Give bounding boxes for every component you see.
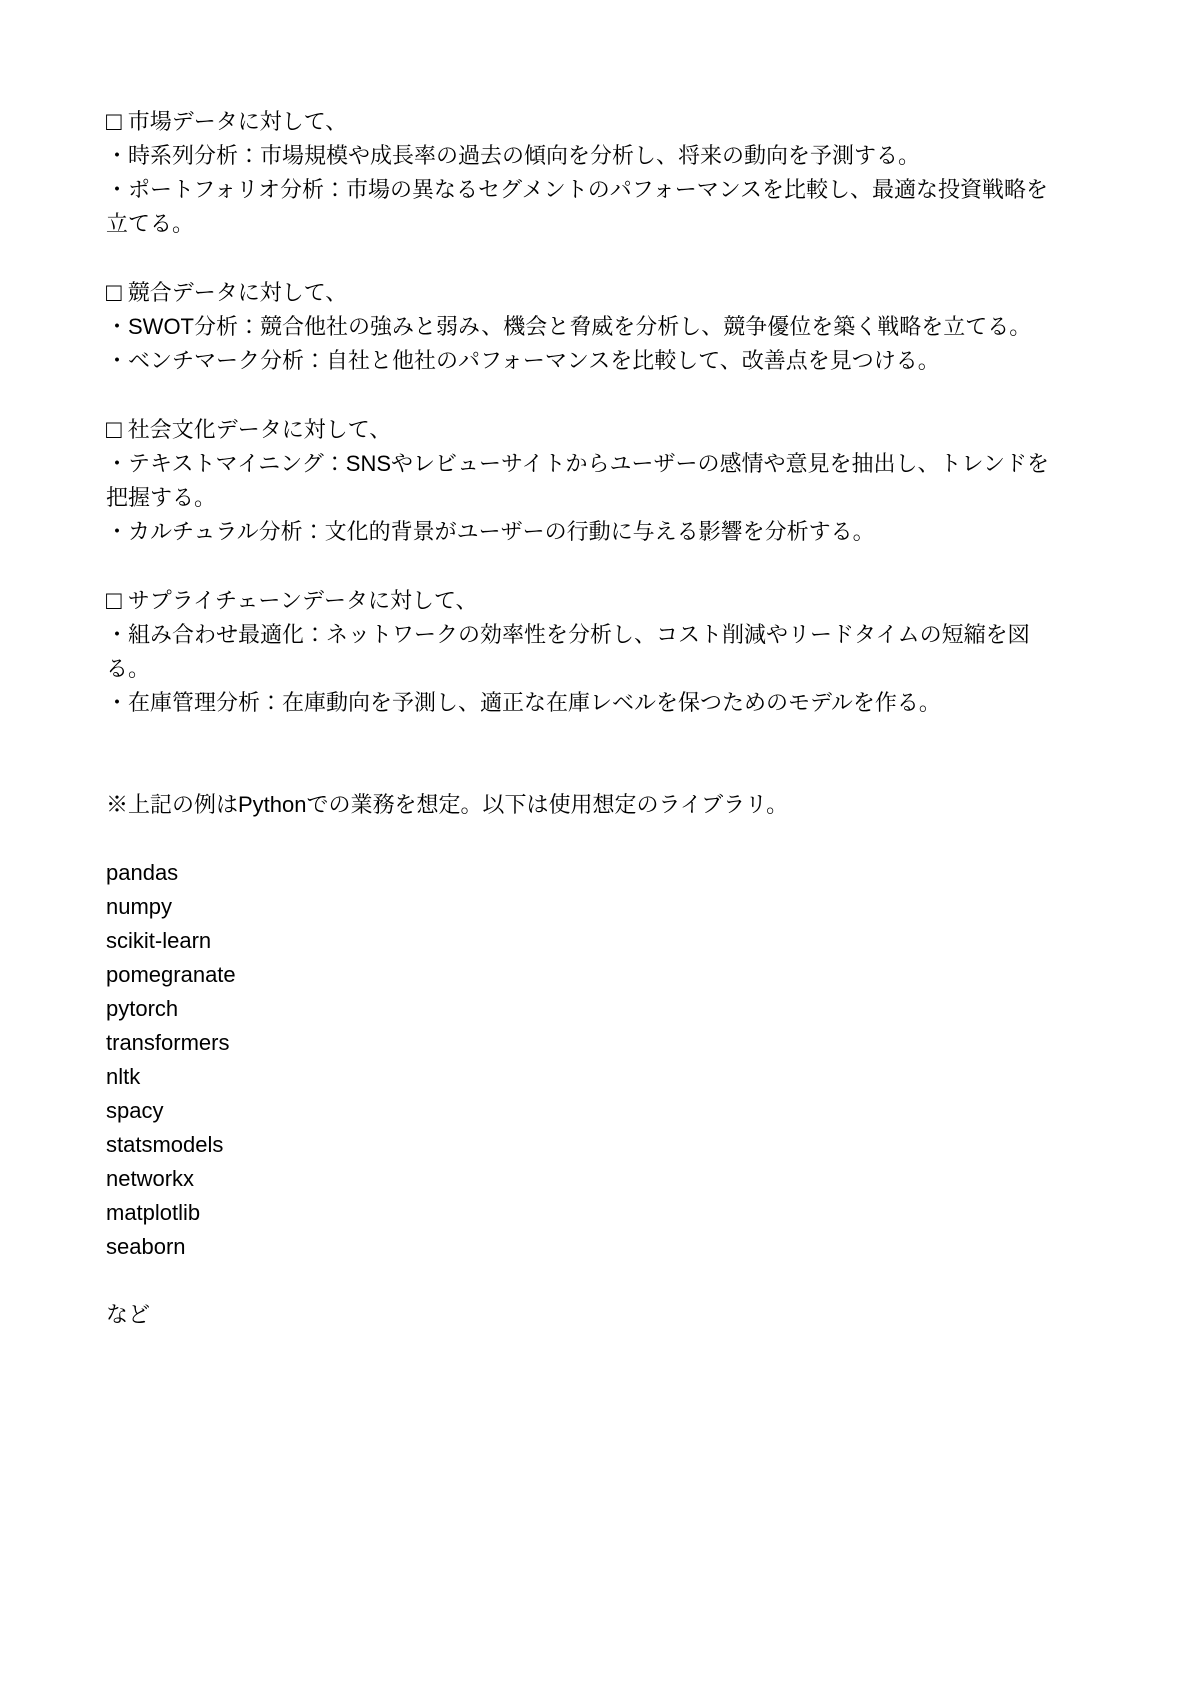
list-item: ・テキストマイニング：SNSやレビューサイトからユーザーの感情や意見を抽出し、ト… [106, 447, 1064, 515]
section-heading: □社会文化データに対して、 [106, 412, 1064, 447]
section-supplychain-data: □サプライチェーンデータに対して、 ・組み合わせ最適化：ネットワークの効率性を分… [106, 583, 1064, 720]
checkbox-icon: □ [106, 412, 122, 446]
library-item: numpy [106, 890, 1064, 924]
section-competitor-data: □競合データに対して、 ・SWOT分析：競合他社の強みと弱み、機会と脅威を分析し… [106, 275, 1064, 378]
section-heading-label: 社会文化データに対して、 [128, 417, 392, 442]
document-page: □市場データに対して、 ・時系列分析：市場規模や成長率の過去の傾向を分析し、将来… [0, 0, 1190, 1683]
library-item: pomegranate [106, 958, 1064, 992]
list-item: ・時系列分析：市場規模や成長率の過去の傾向を分析し、将来の動向を予測する。 [106, 139, 1064, 173]
library-item: seaborn [106, 1230, 1064, 1264]
list-item: ・カルチュラル分析：文化的背景がユーザーの行動に与える影響を分析する。 [106, 515, 1064, 549]
section-heading-label: 市場データに対して、 [128, 109, 348, 134]
section-heading: □サプライチェーンデータに対して、 [106, 583, 1064, 618]
list-item: ・ベンチマーク分析：自社と他社のパフォーマンスを比較して、改善点を見つける。 [106, 344, 1064, 378]
library-item: spacy [106, 1094, 1064, 1128]
library-list: pandas numpy scikit-learn pomegranate py… [106, 856, 1064, 1264]
list-item: ・組み合わせ最適化：ネットワークの効率性を分析し、コスト削減やリードタイムの短縮… [106, 618, 1064, 686]
section-heading-label: サプライチェーンデータに対して、 [128, 588, 478, 613]
list-item: ・在庫管理分析：在庫動向を予測し、適正な在庫レベルを保つためのモデルを作る。 [106, 686, 1064, 720]
library-item: pytorch [106, 992, 1064, 1026]
checkbox-icon: □ [106, 583, 122, 617]
footer-text: など [106, 1298, 1064, 1332]
checkbox-icon: □ [106, 275, 122, 309]
library-item: transformers [106, 1026, 1064, 1060]
list-item: ・SWOT分析：競合他社の強みと弱み、機会と脅威を分析し、競争優位を築く戦略を立… [106, 310, 1064, 344]
section-heading: □市場データに対して、 [106, 104, 1064, 139]
checkbox-icon: □ [106, 104, 122, 138]
document-content: □市場データに対して、 ・時系列分析：市場規模や成長率の過去の傾向を分析し、将来… [0, 0, 1064, 1332]
note-text: ※上記の例はPythonでの業務を想定。以下は使用想定のライブラリ。 [106, 788, 1064, 822]
section-heading: □競合データに対して、 [106, 275, 1064, 310]
section-sociocultural-data: □社会文化データに対して、 ・テキストマイニング：SNSやレビューサイトからユー… [106, 412, 1064, 549]
library-item: nltk [106, 1060, 1064, 1094]
library-item: networkx [106, 1162, 1064, 1196]
library-item: scikit-learn [106, 924, 1064, 958]
library-item: matplotlib [106, 1196, 1064, 1230]
section-market-data: □市場データに対して、 ・時系列分析：市場規模や成長率の過去の傾向を分析し、将来… [106, 104, 1064, 241]
section-heading-label: 競合データに対して、 [128, 280, 348, 305]
library-item: statsmodels [106, 1128, 1064, 1162]
library-item: pandas [106, 856, 1064, 890]
list-item: ・ポートフォリオ分析：市場の異なるセグメントのパフォーマンスを比較し、最適な投資… [106, 173, 1064, 241]
